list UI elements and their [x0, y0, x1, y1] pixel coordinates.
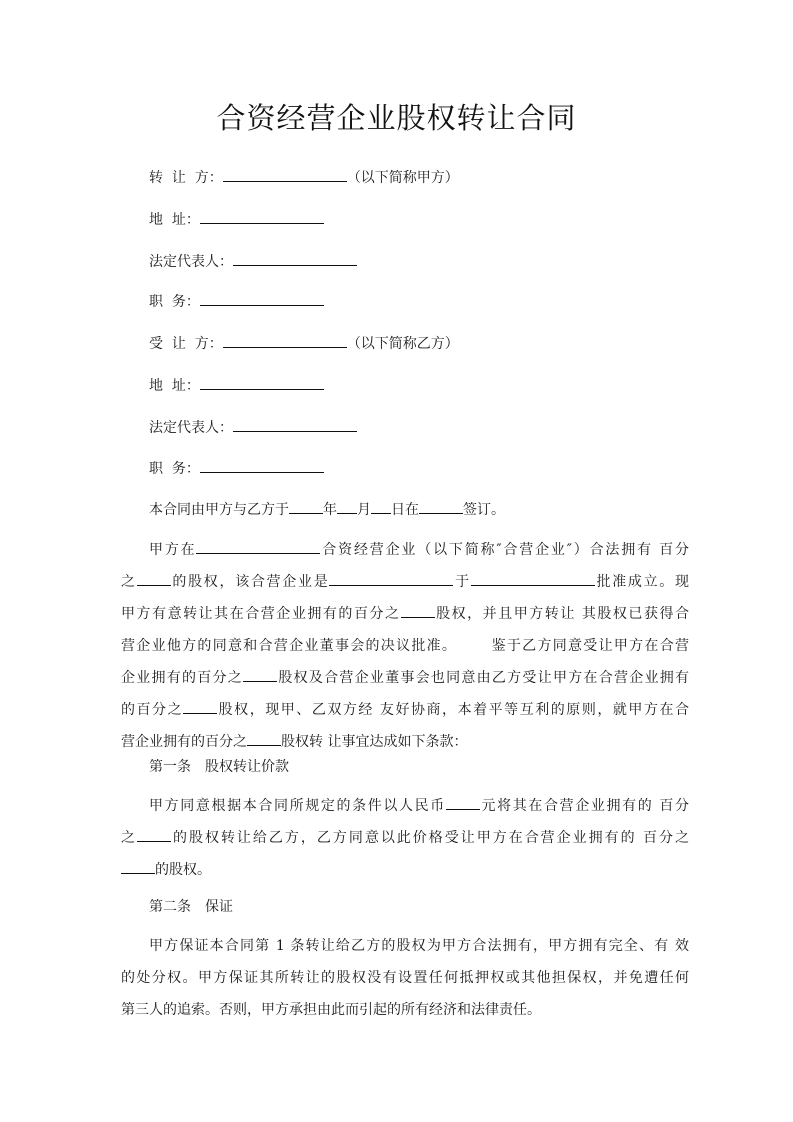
- day-at-label: 日在: [391, 502, 419, 518]
- signing-day-blank[interactable]: [371, 499, 391, 514]
- article-1-paragraph: 甲方同意根据本合同所规定的条件以人民币元将其在合营企业拥有的 百分 之的股权转让…: [121, 790, 689, 886]
- transferor-label: 转 让 方：: [149, 170, 223, 186]
- address-label: 地 址：: [149, 212, 200, 228]
- article-title: 保证: [205, 899, 233, 915]
- text: 元将其在合营企业拥有的 百分: [480, 798, 689, 814]
- party-b-position-blank[interactable]: [200, 458, 324, 473]
- party-a-legal-rep-line: 法定代表人：: [149, 251, 357, 272]
- signing-month-blank[interactable]: [337, 499, 357, 514]
- legal-rep-label: 法定代表人：: [149, 420, 233, 436]
- percentage-blank[interactable]: [183, 699, 217, 714]
- article-number: 第二条: [149, 899, 191, 915]
- text: 企业拥有的百分之: [121, 670, 243, 686]
- article-row: 甲方保证本合同第 1 条转让给乙方的股权为甲方合法拥有，甲方拥有完全、有 效: [121, 930, 689, 962]
- preamble-row: 企业拥有的百分之股权及合营企业董事会也同意由乙方受让甲方在合营企业拥有: [121, 662, 689, 694]
- position-label: 职 务：: [149, 294, 200, 310]
- percentage-blank[interactable]: [401, 603, 435, 618]
- percentage-blank[interactable]: [121, 859, 155, 874]
- year-label: 年: [323, 502, 337, 518]
- position-label: 职 务：: [149, 461, 200, 477]
- legal-rep-label: 法定代表人：: [149, 254, 233, 270]
- preamble-paragraph: 甲方在合资经营企业（以下简称″合营企业″）合法拥有 百分 之的股权，该合营企业是…: [121, 534, 689, 758]
- party-b-address-line: 地 址：: [149, 375, 324, 396]
- price-blank[interactable]: [446, 795, 480, 810]
- signing-year-blank[interactable]: [289, 499, 323, 514]
- signing-line: 本合同由甲方与乙方于年月日在签订。: [149, 499, 505, 520]
- text: 的股权，该合营企业是: [171, 574, 330, 590]
- article-1-heading: 第一条股权转让价款: [149, 757, 289, 777]
- text: 合资经营企业（以下简称″合营企业″）合法拥有 百分: [320, 542, 689, 558]
- text: 甲方有意转让其在合营企业拥有的百分之: [121, 606, 401, 622]
- text: 批准成立。现: [595, 574, 689, 590]
- party-a-address-line: 地 址：: [149, 209, 324, 230]
- contract-page: 合资经营企业股权转让合同 转 让 方：（以下简称甲方） 地 址： 法定代表人： …: [0, 0, 793, 1122]
- text: 股权转 让事宜达成如下条款：: [281, 734, 467, 750]
- signing-prefix: 本合同由甲方与乙方于: [149, 502, 289, 518]
- article-row: 之的股权转让给乙方，乙方同意以此价格受让甲方在合营企业拥有的 百分之: [121, 822, 689, 854]
- transferee-suffix: （以下简称乙方）: [347, 336, 459, 352]
- document-title: 合资经营企业股权转让合同: [0, 96, 793, 137]
- text: 于: [453, 574, 470, 590]
- preamble-row: 甲方在合资经营企业（以下简称″合营企业″）合法拥有 百分: [121, 534, 689, 566]
- party-b-position-line: 职 务：: [149, 458, 324, 479]
- text: 甲方同意根据本合同所规定的条件以人民币: [149, 798, 446, 814]
- approval-authority-blank[interactable]: [329, 571, 453, 586]
- transferee-line: 受 让 方：（以下简称乙方）: [149, 333, 459, 354]
- party-a-position-blank[interactable]: [200, 291, 324, 306]
- text: 的百分之: [121, 702, 183, 718]
- text: 营企业拥有的百分之: [121, 734, 247, 750]
- article-row: 的处分权。甲方保证其所转让的股权没有设置任何抵押权或其他担保权，并免遭任何: [121, 962, 689, 994]
- party-a-position-line: 职 务：: [149, 291, 324, 312]
- party-b-address-blank[interactable]: [200, 375, 324, 390]
- party-a-address-blank[interactable]: [200, 209, 324, 224]
- text: 第三人的追索。否则，甲方承担由此而引起的所有经济和法律责任。: [121, 1002, 541, 1018]
- text: 营企业他方的同意和合营企业董事会的决议批准。 鉴于乙方同意受让甲方在合营: [121, 638, 689, 654]
- text: 股权及合营企业董事会也同意由乙方受让甲方在合营企业拥有: [277, 670, 689, 686]
- preamble-row: 营企业他方的同意和合营企业董事会的决议批准。 鉴于乙方同意受让甲方在合营: [121, 630, 689, 662]
- text: 之: [121, 830, 137, 846]
- article-number: 第一条: [149, 759, 191, 775]
- transferor-suffix: （以下简称甲方）: [347, 170, 459, 186]
- transferee-label: 受 让 方：: [149, 336, 223, 352]
- text: 甲方在: [149, 542, 196, 558]
- jv-name-blank[interactable]: [196, 539, 320, 554]
- text: 股权，现甲、乙双方经 友好协商，本着平等互利的原则，就甲方在合: [217, 702, 689, 718]
- article-2-heading: 第二条保证: [149, 897, 233, 917]
- month-label: 月: [357, 502, 371, 518]
- approval-date-blank[interactable]: [471, 571, 595, 586]
- signing-suffix: 签订。: [463, 502, 505, 518]
- article-title: 股权转让价款: [205, 759, 289, 775]
- article-2-paragraph: 甲方保证本合同第 1 条转让给乙方的股权为甲方合法拥有，甲方拥有完全、有 效 的…: [121, 930, 689, 1026]
- party-b-legal-rep-line: 法定代表人：: [149, 417, 357, 438]
- preamble-row: 甲方有意转让其在合营企业拥有的百分之股权，并且甲方转让 其股权已获得合: [121, 598, 689, 630]
- article-row: 第三人的追索。否则，甲方承担由此而引起的所有经济和法律责任。: [121, 994, 689, 1026]
- party-a-legal-rep-blank[interactable]: [233, 251, 357, 266]
- preamble-row: 的百分之股权，现甲、乙双方经 友好协商，本着平等互利的原则，就甲方在合: [121, 694, 689, 726]
- percentage-blank[interactable]: [247, 731, 281, 746]
- address-label: 地 址：: [149, 378, 200, 394]
- text: 的处分权。甲方保证其所转让的股权没有设置任何抵押权或其他担保权，并免遭任何: [121, 970, 689, 986]
- text: 甲方保证本合同第 1 条转让给乙方的股权为甲方合法拥有，甲方拥有完全、有 效: [149, 938, 689, 954]
- party-b-legal-rep-blank[interactable]: [233, 417, 357, 432]
- text: 之: [121, 574, 137, 590]
- preamble-row: 营企业拥有的百分之股权转 让事宜达成如下条款：: [121, 726, 689, 758]
- transferor-blank[interactable]: [223, 167, 347, 182]
- percentage-blank[interactable]: [137, 571, 171, 586]
- text: 的股权。: [155, 862, 211, 878]
- percentage-blank[interactable]: [137, 827, 171, 842]
- transferee-blank[interactable]: [223, 333, 347, 348]
- text: 的股权转让给乙方，乙方同意以此价格受让甲方在合营企业拥有的 百分之: [171, 830, 689, 846]
- text: 股权，并且甲方转让 其股权已获得合: [435, 606, 689, 622]
- transferor-line: 转 让 方：（以下简称甲方）: [149, 167, 459, 188]
- article-row: 的股权。: [121, 854, 689, 886]
- preamble-row: 之的股权，该合营企业是于批准成立。现: [121, 566, 689, 598]
- percentage-blank[interactable]: [243, 667, 277, 682]
- article-row: 甲方同意根据本合同所规定的条件以人民币元将其在合营企业拥有的 百分: [121, 790, 689, 822]
- signing-place-blank[interactable]: [419, 499, 463, 514]
